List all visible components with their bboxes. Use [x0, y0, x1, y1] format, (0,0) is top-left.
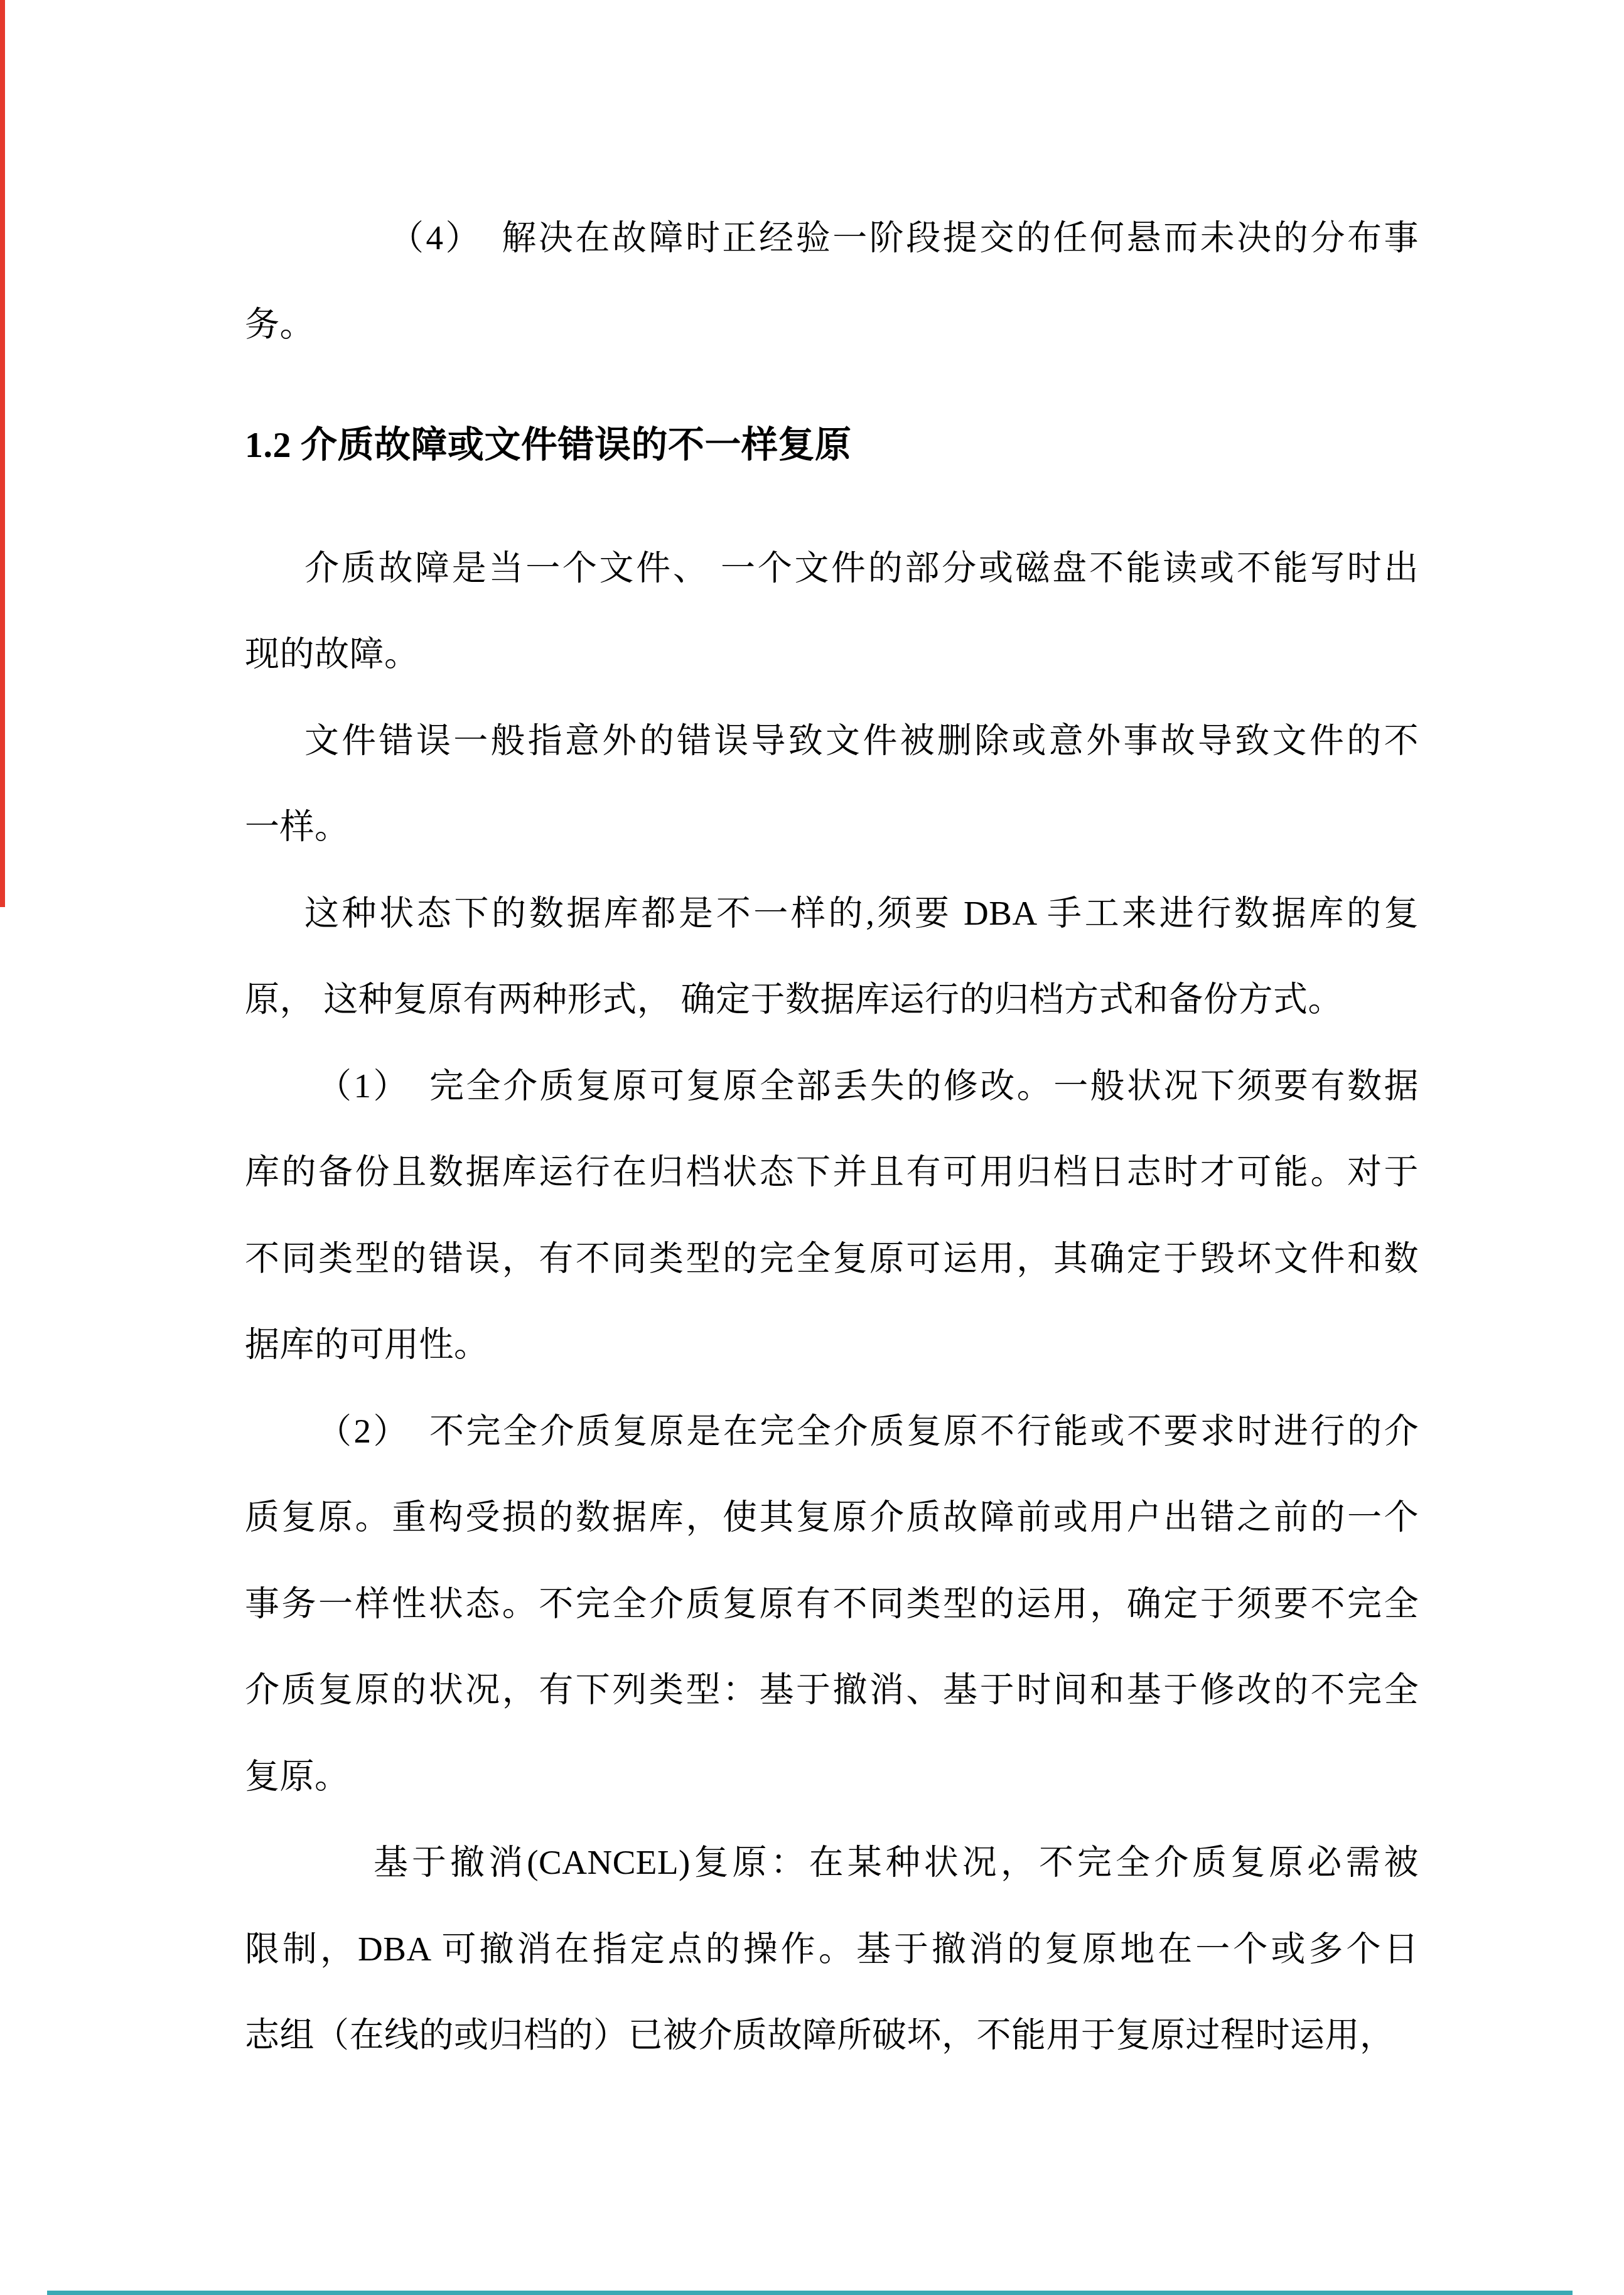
cancel-para-line3: 志组（在线的或归档的）已被介质故障所破坏，不能用于复原过程时运用， — [245, 1992, 1419, 2078]
item2-line3: 事务一样性状态。不完全介质复原有不同类型的运用，确定于须要不完全 — [245, 1561, 1419, 1647]
para2-line2: 一样。 — [245, 783, 1419, 870]
item2-line1: （2） 不完全介质复原是在完全介质复原不行能或不要求时进行的介 — [245, 1388, 1419, 1475]
cancel-para-line2: 限制，DBA 可撤消在指定点的操作。基于撤消的复原地在一个或多个日 — [245, 1906, 1419, 1992]
item1-line2: 库的备份且数据库运行在归档状态下并且有可用归档日志时才可能。对于 — [245, 1129, 1419, 1215]
item2-line5: 复原。 — [245, 1733, 1419, 1820]
para1-line1: 介质故障是当一个文件、 一个文件的部分或磁盘不能读或不能写时出 — [245, 525, 1419, 611]
left-edge-scan-artifact — [0, 0, 5, 907]
para3-line1: 这种状态下的数据库都是不一样的,须要 DBA 手工来进行数据库的复 — [245, 870, 1419, 957]
para3-line2: 原， 这种复原有两种形式， 确定于数据库运行的归档方式和备份方式。 — [245, 956, 1419, 1043]
item4-line1: （4） 解决在故障时正经验一阶段提交的任何悬而未决的分布事 — [245, 195, 1419, 281]
item1-line1: （1） 完全介质复原可复原全部丢失的修改。一般状况下须要有数据 — [245, 1043, 1419, 1129]
item1-line3: 不同类型的错误，有不同类型的完全复原可运用，其确定于毁坏文件和数 — [245, 1215, 1419, 1302]
item4-line2: 务。 — [245, 281, 1419, 368]
para1-line2: 现的故障。 — [245, 611, 1419, 697]
cancel-para-line1: 基于撤消(CANCEL)复原：在某种状况，不完全介质复原必需被 — [245, 1819, 1419, 1906]
section-heading: 1.2 介质故障或文件错误的不一样复原 — [245, 402, 1419, 488]
para2-line1: 文件错误一般指意外的错误导致文件被删除或意外事故导致文件的不 — [245, 697, 1419, 784]
document-page: （4） 解决在故障时正经验一阶段提交的任何悬而未决的分布事 务。 1.2 介质故… — [0, 0, 1624, 2295]
item2-line2: 质复原。重构受损的数据库，使其复原介质故障前或用户出错之前的一个 — [245, 1474, 1419, 1561]
item2-line4: 介质复原的状况，有下列类型：基于撤消、基于时间和基于修改的不完全 — [245, 1647, 1419, 1733]
bottom-edge-scan-artifact — [47, 2291, 1573, 2295]
document-text-block: （4） 解决在故障时正经验一阶段提交的任何悬而未决的分布事 务。 1.2 介质故… — [245, 195, 1419, 2078]
item1-line4: 据库的可用性。 — [245, 1301, 1419, 1388]
